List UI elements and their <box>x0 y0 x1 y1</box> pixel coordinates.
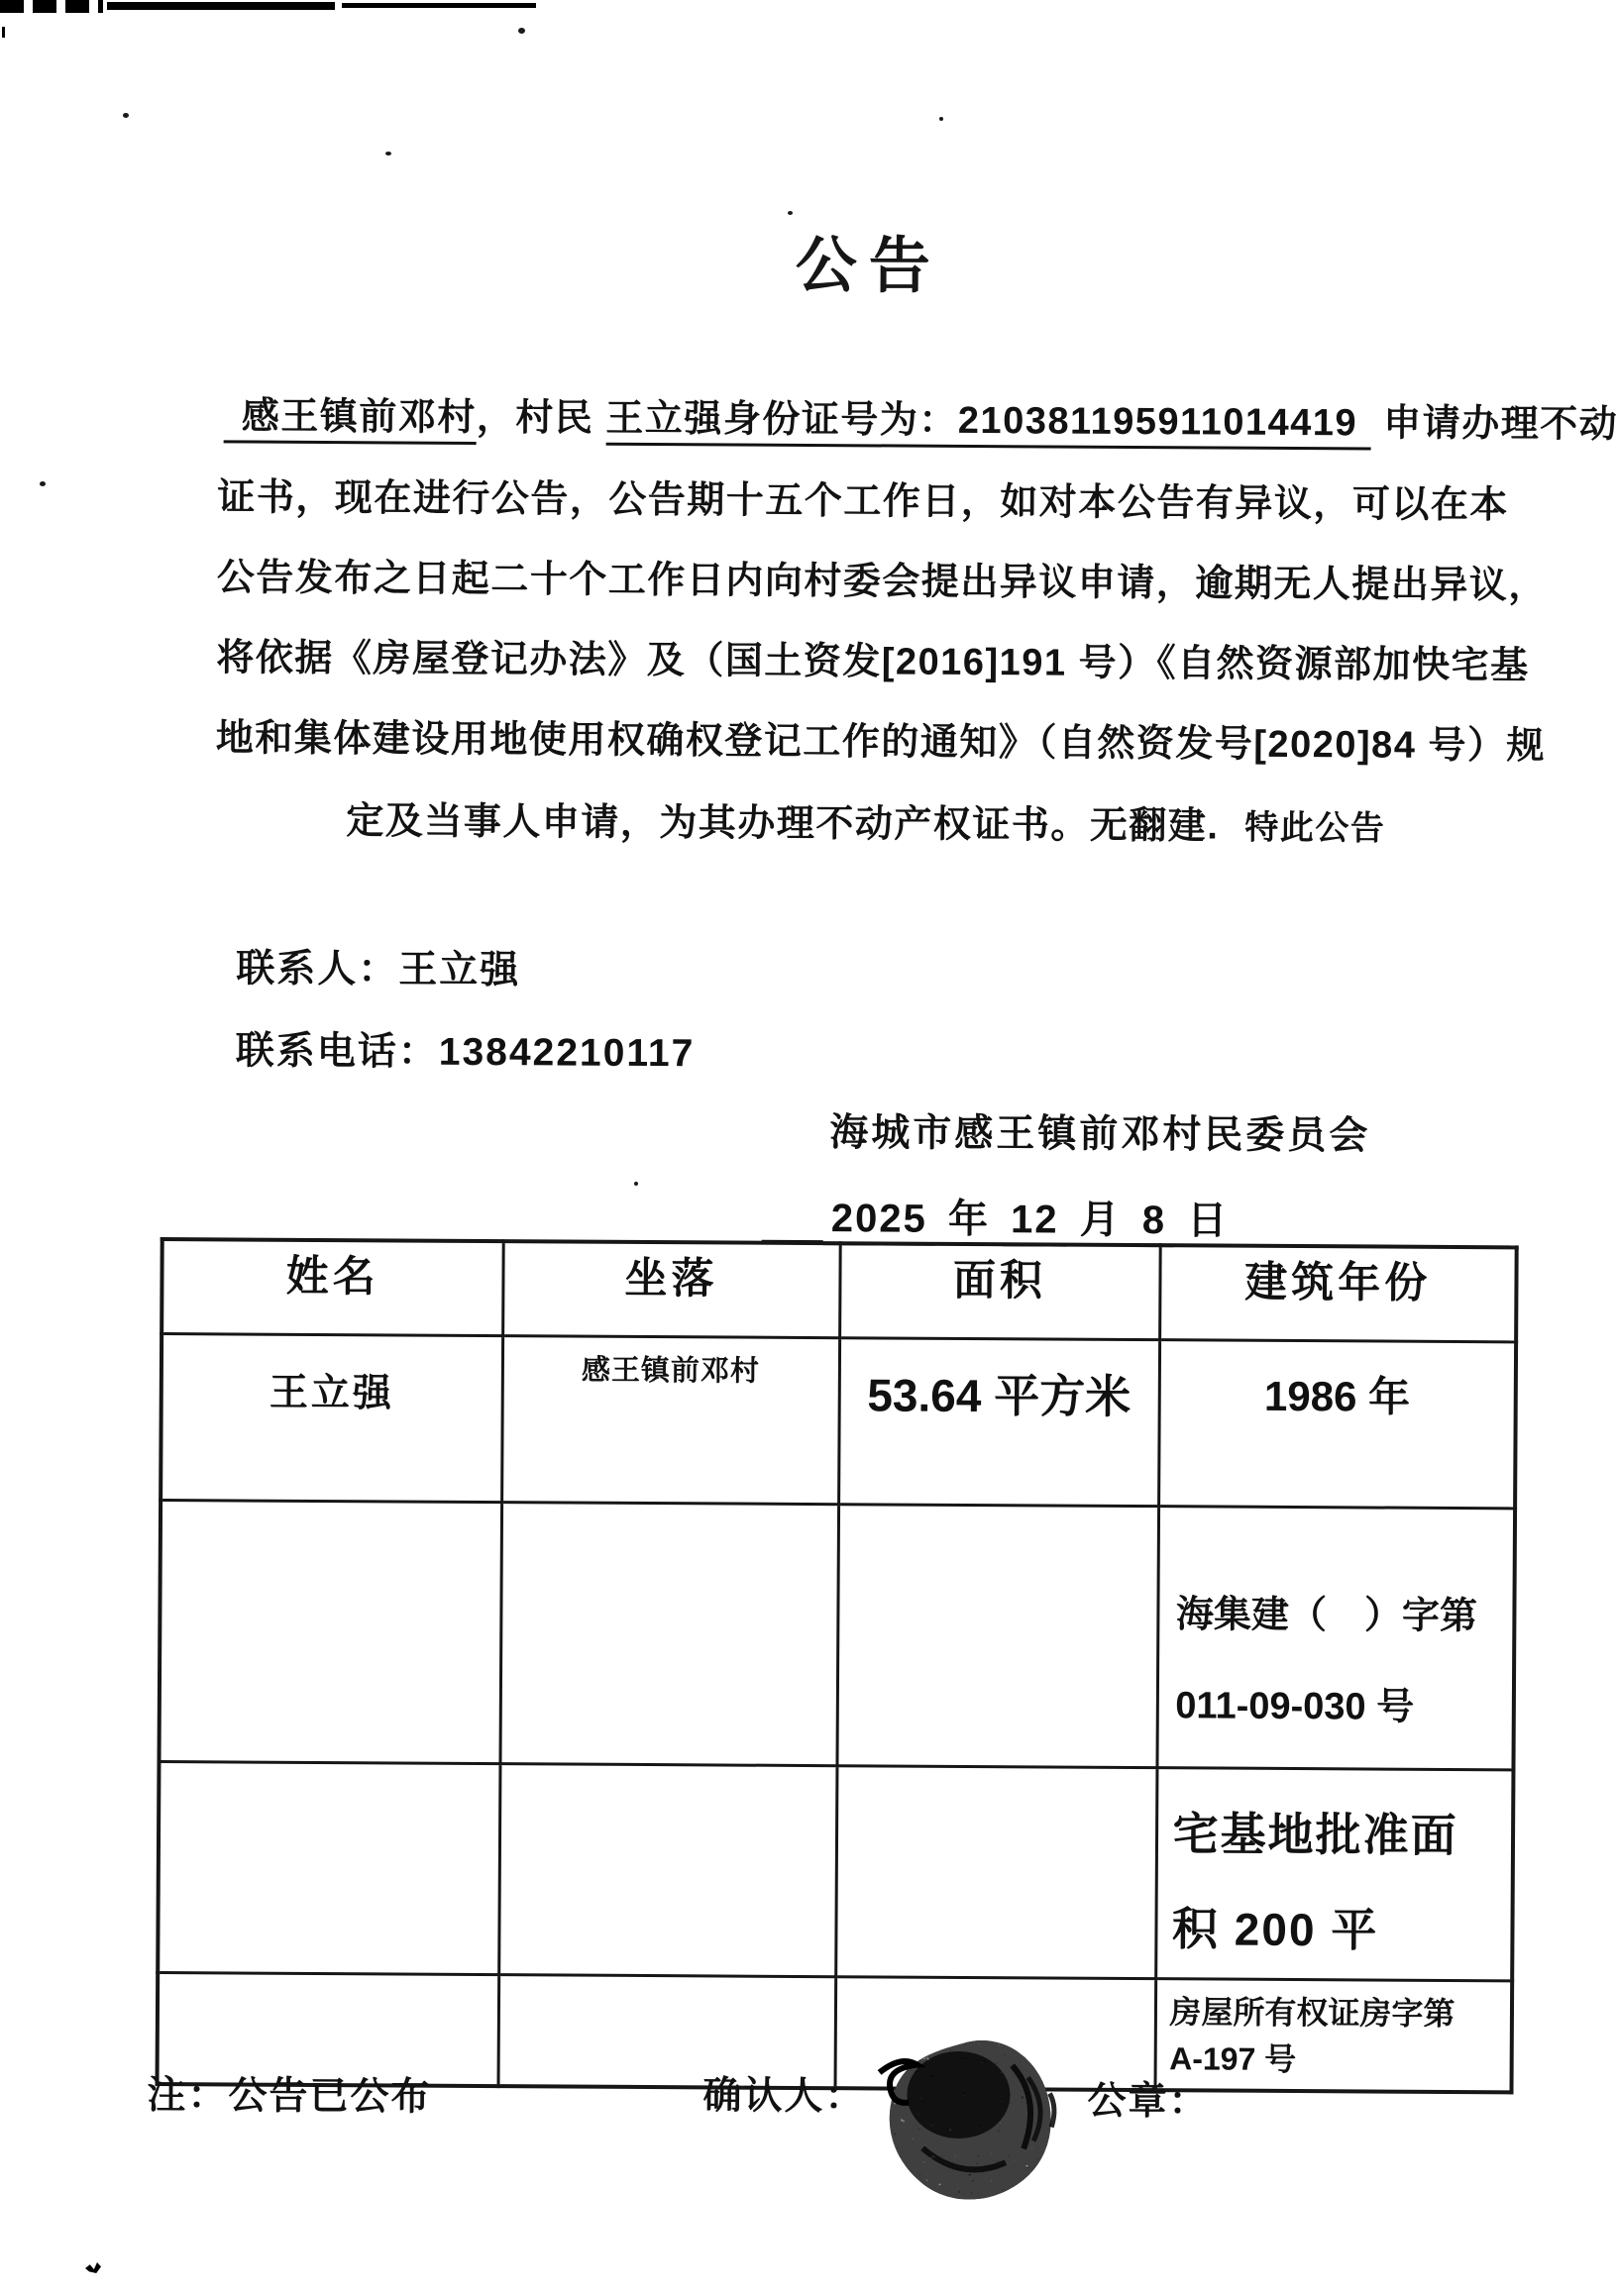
approved-area-line2: 积 200 平 <box>1172 1881 1510 1978</box>
cell-build-year: 1986 年 <box>1158 1340 1516 1509</box>
seal-label: 公章： <box>1087 2070 1209 2127</box>
fingerprint-icon <box>863 2029 1074 2228</box>
confirmer-label: 确认人： <box>702 2064 865 2121</box>
table-cell-empty <box>498 1764 836 1977</box>
header-build-year: 建筑年份 <box>1159 1245 1517 1342</box>
house-cert-line1: 房屋所有权证房字第 <box>1169 1989 1509 2037</box>
line1-connector: ，村民 <box>477 397 594 440</box>
header-name: 姓名 <box>162 1239 503 1336</box>
footer-note: 注：公告已公布 <box>147 2064 431 2122</box>
approved-area-line1: 宅基地批准面 <box>1172 1786 1510 1883</box>
cell-location: 感王镇前邓村 <box>501 1336 839 1505</box>
table-row: 王立强 感王镇前邓村 53.64 平方米 1986 年 <box>161 1334 1516 1509</box>
scan-speck <box>2 27 5 38</box>
land-permit-line2: 011-09-030 号 <box>1175 1660 1511 1753</box>
table-row: 海集建（ ）字第 011-09-030 号 <box>159 1501 1515 1770</box>
date-year: 2025 <box>823 1197 935 1246</box>
cell-land-permit: 海集建（ ）字第 011-09-030 号 <box>1156 1507 1515 1770</box>
paragraph-line-3: 公告发布之日起二十个工作日内向村委会提出异议申请，逾期无人提出异议， <box>217 546 1548 608</box>
page-title: 公告 <box>795 216 942 305</box>
scanned-announcement-page: 公告 感王镇前邓村，村民 王立强身份证号为：210381195911014419… <box>0 0 1617 2296</box>
line6-main: 定及当事人申请，为其办理不动产权证书。无翻建. <box>346 800 1219 847</box>
date-month-label: 月 <box>1080 1199 1122 1242</box>
date-day: 8 <box>1134 1199 1175 1247</box>
cell-owner-name: 王立强 <box>161 1334 502 1503</box>
committee-name: 海城市感王镇前邓村民委员会 <box>829 1101 1370 1160</box>
document-sheet: 公告 感王镇前邓村，村民 王立强身份证号为：210381195911014419… <box>0 0 1617 2296</box>
property-table: 姓名 坐落 面积 建筑年份 王立强 感王镇前邓村 53.64 平方米 1986 … <box>155 1237 1518 2094</box>
paragraph-line-2: 证书，现在进行公告，公告期十五个工作日，如对本公告有异议，可以在本 <box>217 466 1509 528</box>
house-cert-line2: A-197 号 <box>1169 2035 1509 2084</box>
table-cell-empty <box>159 1501 501 1764</box>
date-line: 2025 年 12 月 8 日 <box>762 1187 1230 1246</box>
table-cell-empty <box>836 1505 1158 1768</box>
applicant-id-underlined: 王立强身份证号为：210381195911014419 <box>605 398 1371 451</box>
table-cell-empty <box>158 1762 499 1975</box>
land-permit-line1: 海集建（ ）字第 <box>1176 1569 1512 1662</box>
contact-person: 联系人：王立强 <box>236 937 520 994</box>
date-day-label: 日 <box>1187 1199 1229 1242</box>
paragraph-line-6: 定及当事人申请，为其办理不动产权证书。无翻建.特此公告 <box>346 789 1385 850</box>
header-location: 坐落 <box>502 1241 840 1338</box>
table-header-row: 姓名 坐落 面积 建筑年份 <box>162 1239 1517 1342</box>
date-month: 12 <box>1003 1198 1067 1246</box>
line1-tail: 申请办理不动产权 <box>1383 403 1617 447</box>
table-row: 宅基地批准面 积 200 平 <box>158 1762 1513 1981</box>
contact-phone: 联系电话：13842210117 <box>236 1019 696 1078</box>
paragraph-line-1: 感王镇前邓村，村民 王立强身份证号为：210381195911014419 申请… <box>224 384 1617 448</box>
table-cell-empty <box>835 1766 1156 1979</box>
table-cell-empty <box>499 1503 838 1766</box>
header-area: 面积 <box>839 1243 1160 1339</box>
date-leading-blank <box>762 1200 823 1243</box>
date-year-label: 年 <box>948 1198 990 1241</box>
cell-area: 53.64 平方米 <box>838 1338 1159 1507</box>
village-name-underlined: 感王镇前邓村 <box>224 395 477 445</box>
cell-approved-area: 宅基地批准面 积 200 平 <box>1155 1768 1513 1981</box>
line6-closing: 特此公告 <box>1244 809 1385 848</box>
paragraph-line-5: 地和集体建设用地使用权确权登记工作的通知》（自然资发号[2020]84 号）规 <box>216 706 1546 769</box>
paragraph-line-4: 将依据《房屋登记办法》及（国土资发[2016]191 号）《自然资源部加快宅基 <box>216 626 1530 688</box>
